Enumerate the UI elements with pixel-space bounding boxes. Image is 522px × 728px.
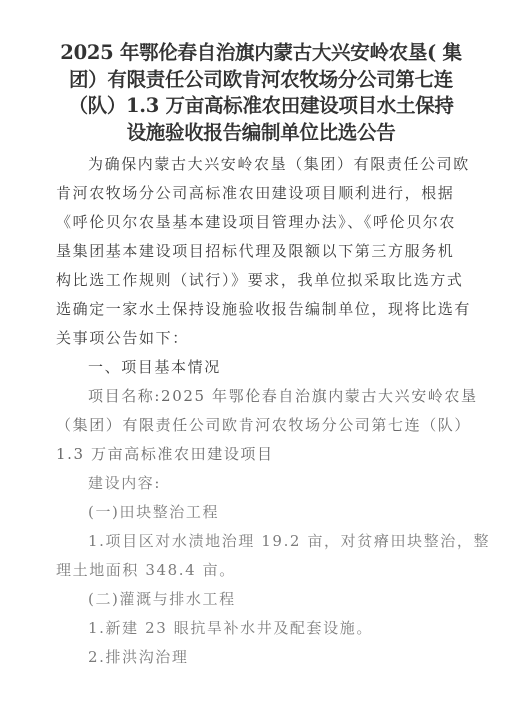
subsection-1-item: 1.项目区对水渍地治理 19.2 亩，对贫瘠田块整治，整 理土地面积 348.4… [56, 527, 468, 585]
paragraph-line: 构比选工作规则（试行）》要求，我单位拟采取比选方式 [56, 266, 468, 295]
construction-content-label: 建设内容: [56, 469, 468, 498]
paragraph-line: 1.3 万亩高标准农田建设项目 [56, 440, 468, 469]
paragraph-line: 为确保内蒙古大兴安岭农垦（集团）有限责任公司欧 [56, 150, 468, 179]
title-line: 团）有限责任公司欧肯河农牧场分公司第七连 [50, 67, 472, 94]
document-title: 2025 年鄂伦春自治旗内蒙古大兴安岭农垦( 集 团）有限责任公司欧肯河农牧场分… [50, 40, 472, 146]
paragraph-line: （集团）有限责任公司欧肯河农牧场分公司第七连（队） [56, 411, 468, 440]
title-line: 设施验收报告编制单位比选公告 [50, 120, 472, 147]
project-name-paragraph: 项目名称:2025 年鄂伦春自治旗内蒙古大兴安岭农垦 （集团）有限责任公司欧肯河… [56, 382, 468, 469]
paragraph-line: 关事项公告如下： [56, 324, 468, 353]
document-page: 2025 年鄂伦春自治旗内蒙古大兴安岭农垦( 集 团）有限责任公司欧肯河农牧场分… [0, 0, 522, 728]
paragraph-line: 1.项目区对水渍地治理 19.2 亩，对贫瘠田块整治，整 [56, 527, 468, 556]
subsection-heading: (一)田块整治工程 [56, 498, 468, 527]
subsection-heading: (二)灌溉与排水工程 [56, 585, 468, 614]
list-item: 2.排洪沟治理 [56, 643, 468, 672]
document-body: 为确保内蒙古大兴安岭农垦（集团）有限责任公司欧 肯河农牧场分公司高标准农田建设项… [56, 150, 468, 672]
paragraph-line: 肯河农牧场分公司高标准农田建设项目顺利进行，根据 [56, 179, 468, 208]
section-heading: 一、项目基本情况 [56, 353, 468, 382]
paragraph-line: 理土地面积 348.4 亩。 [56, 556, 468, 585]
paragraph-line: 项目名称:2025 年鄂伦春自治旗内蒙古大兴安岭农垦 [56, 382, 468, 411]
title-line: 2025 年鄂伦春自治旗内蒙古大兴安岭农垦( 集 [50, 40, 472, 67]
list-item: 1.新建 23 眼抗旱补水井及配套设施。 [56, 614, 468, 643]
intro-paragraph: 为确保内蒙古大兴安岭农垦（集团）有限责任公司欧 肯河农牧场分公司高标准农田建设项… [56, 150, 468, 353]
title-line: （队）1.3 万亩高标准农田建设项目水土保持 [50, 93, 472, 120]
paragraph-line: 选确定一家水土保持设施验收报告编制单位，现将比选有 [56, 295, 468, 324]
paragraph-line: 垦集团基本建设项目招标代理及限额以下第三方服务机 [56, 237, 468, 266]
paragraph-line: 《呼伦贝尔农垦基本建设项目管理办法》、《呼伦贝尔农 [56, 208, 468, 237]
